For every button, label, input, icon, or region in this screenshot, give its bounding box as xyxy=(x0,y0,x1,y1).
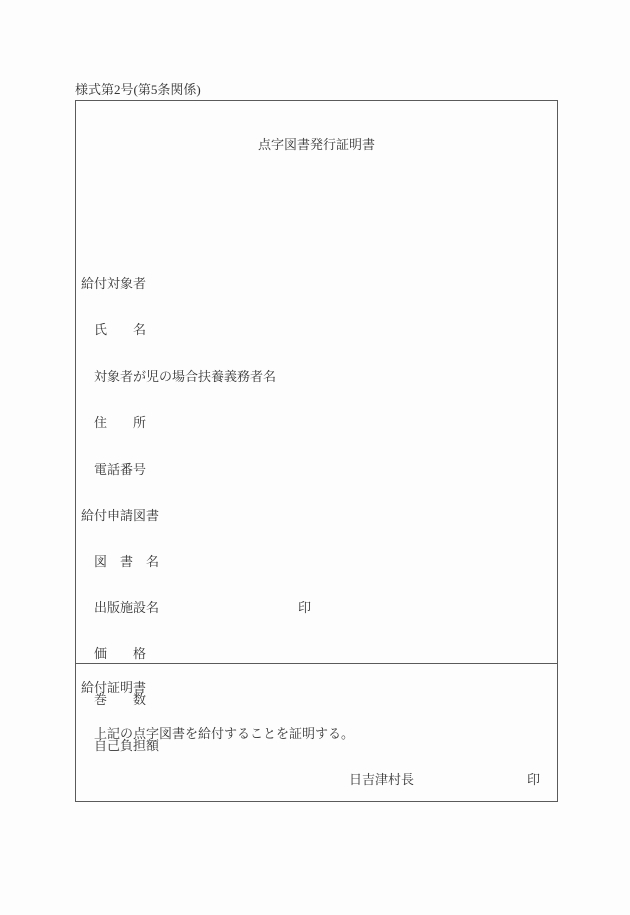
certificate-section-heading: 給付証明書 xyxy=(76,680,557,696)
address-label: 住 所 xyxy=(76,415,557,431)
recipient-name-label: 氏 名 xyxy=(76,322,557,338)
publisher-seal-mark: 印 xyxy=(298,600,311,616)
phone-number-label: 電話番号 xyxy=(76,462,557,478)
certificate-statement: 上記の点字図書を給付することを証明する。 xyxy=(76,726,557,742)
guardian-name-label: 対象者が児の場合扶養義務者名 xyxy=(76,369,557,385)
recipient-section-heading: 給付対象者 xyxy=(76,276,557,292)
document-title: 点字図書発行証明書 xyxy=(76,137,557,153)
price-label: 価 格 xyxy=(76,646,557,662)
book-section-heading: 給付申請図書 xyxy=(76,508,557,524)
mayor-seal-mark: 印 xyxy=(527,772,540,788)
certificate-box: 点字図書発行証明書 給付対象者 氏 名 対象者が児の場合扶養義務者名 住 所 電… xyxy=(75,100,558,802)
signature-row: 日吉津村長 印 xyxy=(76,772,557,788)
form-number-label: 様式第2号(第5条関係) xyxy=(75,82,201,98)
publisher-row: 出版施設名 印 xyxy=(76,600,557,616)
mayor-signature-label: 日吉津村長 xyxy=(349,772,414,788)
section-divider xyxy=(76,663,557,664)
book-title-label: 図 書 名 xyxy=(76,554,557,570)
publisher-name-label: 出版施設名 xyxy=(94,600,159,616)
document-page: 様式第2号(第5条関係) 点字図書発行証明書 給付対象者 氏 名 対象者が児の場… xyxy=(0,0,630,915)
